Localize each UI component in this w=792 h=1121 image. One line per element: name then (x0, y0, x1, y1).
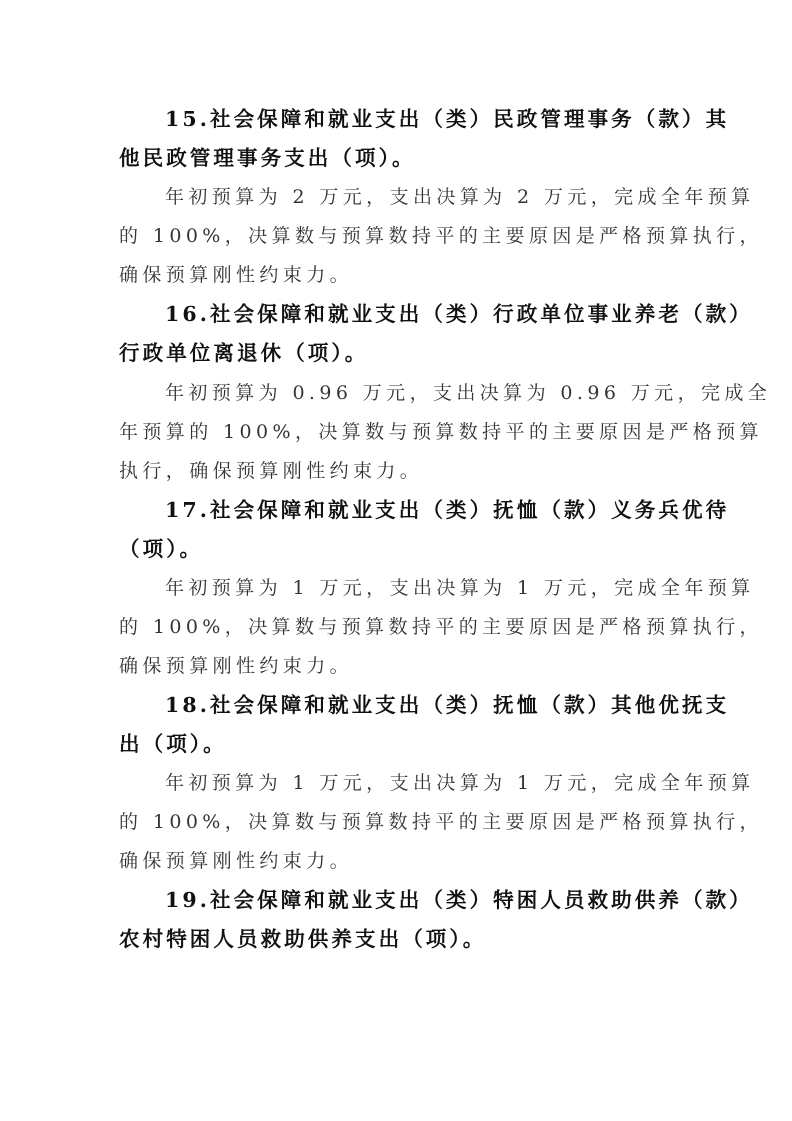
section-16-body-line-3: 执行，确保预算刚性约束力。 (119, 452, 423, 491)
section-19-heading-line-1: 19.社会保障和就业支出（类）特困人员救助供养（款） (165, 881, 753, 920)
section-18-heading-line-1: 18.社会保障和就业支出（类）抚恤（款）其他优抚支 (165, 686, 729, 725)
section-15-heading-line-2: 他民政管理事务支出（项）。 (119, 139, 416, 178)
section-19-heading-line-2: 农村特困人员救助供养支出（项）。 (119, 920, 486, 959)
section-15-heading-line-1: 15.社会保障和就业支出（类）民政管理事务（款）其 (165, 100, 729, 139)
section-16-body-line-2: 年预算的 100%，决算数与预算数持平的主要原因是严格预算 (119, 413, 763, 452)
section-16-heading-line-1: 16.社会保障和就业支出（类）行政单位事业养老（款） (165, 295, 753, 334)
section-16-heading-line-2: 行政单位离退休（项）。 (119, 334, 368, 373)
section-18-body-line-2: 的 100%，决算数与预算数持平的主要原因是严格预算执行， (119, 803, 763, 842)
section-17-body-line-1: 年初预算为 1 万元，支出决算为 1 万元，完成全年预算 (165, 569, 755, 608)
section-17-heading-line-2: （项）。 (119, 530, 203, 569)
section-15-body-line-2: 的 100%，决算数与预算数持平的主要原因是严格预算执行， (119, 217, 763, 256)
section-17-body-line-3: 确保预算刚性约束力。 (119, 647, 353, 686)
section-17-body-line-2: 的 100%，决算数与预算数持平的主要原因是严格预算执行， (119, 608, 763, 647)
section-15-body-line-3: 确保预算刚性约束力。 (119, 256, 353, 295)
section-18-body-line-3: 确保预算刚性约束力。 (119, 842, 353, 881)
section-15-body-line-1: 年初预算为 2 万元，支出决算为 2 万元，完成全年预算 (165, 178, 755, 217)
section-16-body-line-1: 年初预算为 0.96 万元，支出决算为 0.96 万元，完成全 (165, 374, 771, 413)
section-18-heading-line-2: 出（项）。 (119, 725, 227, 764)
section-17-heading-line-1: 17.社会保障和就业支出（类）抚恤（款）义务兵优待 (165, 491, 729, 530)
section-18-body-line-1: 年初预算为 1 万元，支出决算为 1 万元，完成全年预算 (165, 764, 755, 803)
